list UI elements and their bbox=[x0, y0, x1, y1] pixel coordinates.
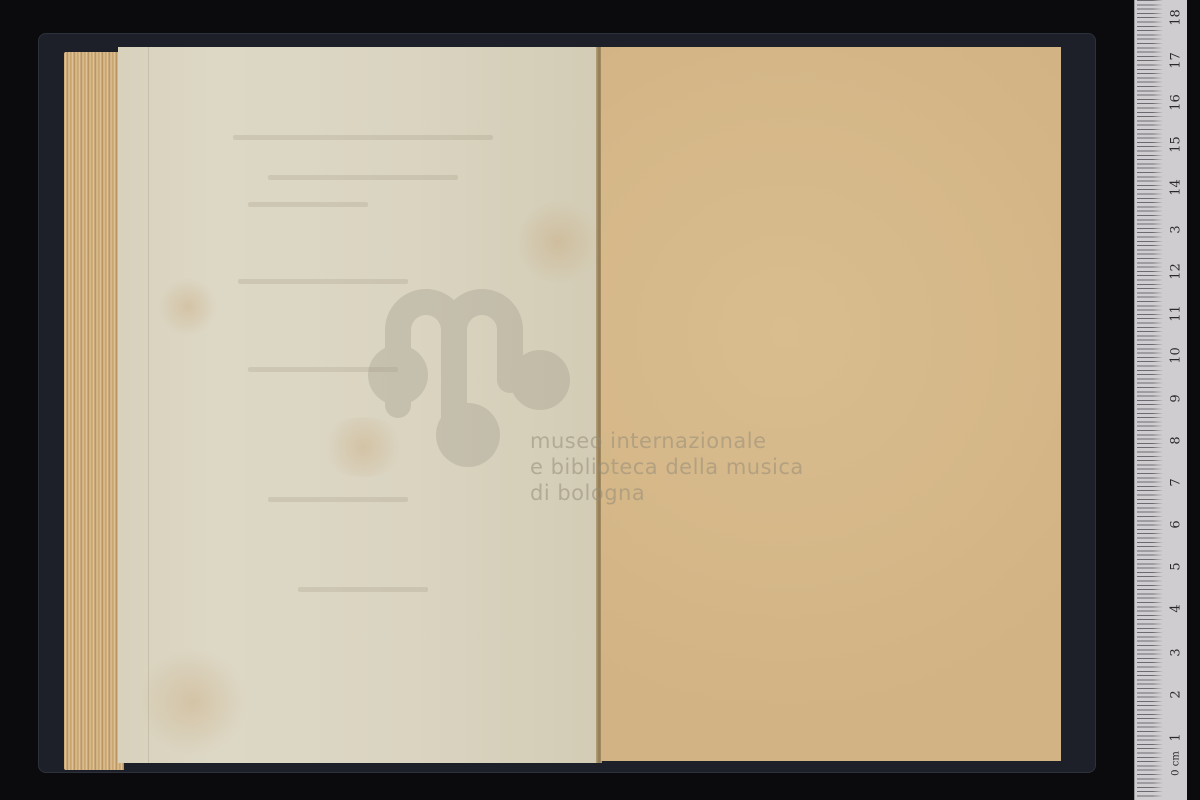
ruler-label: 3 bbox=[1169, 642, 1184, 664]
ruler-label: 5 bbox=[1169, 556, 1184, 578]
ruler-label: 6 bbox=[1169, 514, 1184, 536]
scale-ruler: 0 cm 1 2 3 4 5 6 7 8 9 10 11 12 3 14 15 … bbox=[1134, 0, 1187, 800]
ruler-label: 1 bbox=[1169, 727, 1184, 749]
page-edges bbox=[64, 52, 124, 770]
ruler-label: 16 bbox=[1169, 92, 1184, 114]
ruler-label: 0 cm bbox=[1171, 749, 1182, 779]
ruler-ticks bbox=[1137, 0, 1163, 800]
faded-text-line bbox=[233, 135, 493, 140]
ruler-label: 3 bbox=[1169, 219, 1184, 241]
ruler-label: 11 bbox=[1169, 303, 1184, 325]
ruler-label: 9 bbox=[1169, 388, 1184, 410]
ruler-label: 14 bbox=[1169, 177, 1184, 199]
watermark-line-1: museo internazionale bbox=[530, 428, 804, 454]
ruler-label: 15 bbox=[1169, 134, 1184, 156]
faded-text-line bbox=[268, 175, 458, 180]
faded-text-line bbox=[248, 202, 368, 207]
watermark-line-2: e biblioteca della musica bbox=[530, 454, 804, 480]
ruler-label: 8 bbox=[1169, 430, 1184, 452]
watermark-line-3: di bologna bbox=[530, 480, 804, 506]
ruler-label: 12 bbox=[1169, 261, 1184, 283]
watermark-text: museo internazionale e biblioteca della … bbox=[530, 428, 804, 506]
ruler-label: 17 bbox=[1169, 50, 1184, 72]
ruler-label: 7 bbox=[1169, 472, 1184, 494]
ruler-label: 18 bbox=[1169, 7, 1184, 29]
faded-text-line bbox=[298, 587, 428, 592]
faded-text-line bbox=[238, 279, 408, 284]
ruler-label: 10 bbox=[1169, 345, 1184, 367]
faded-text-line bbox=[268, 497, 408, 502]
ruler-label: 4 bbox=[1169, 598, 1184, 620]
ruler-label: 2 bbox=[1169, 684, 1184, 706]
right-page bbox=[601, 47, 1061, 761]
